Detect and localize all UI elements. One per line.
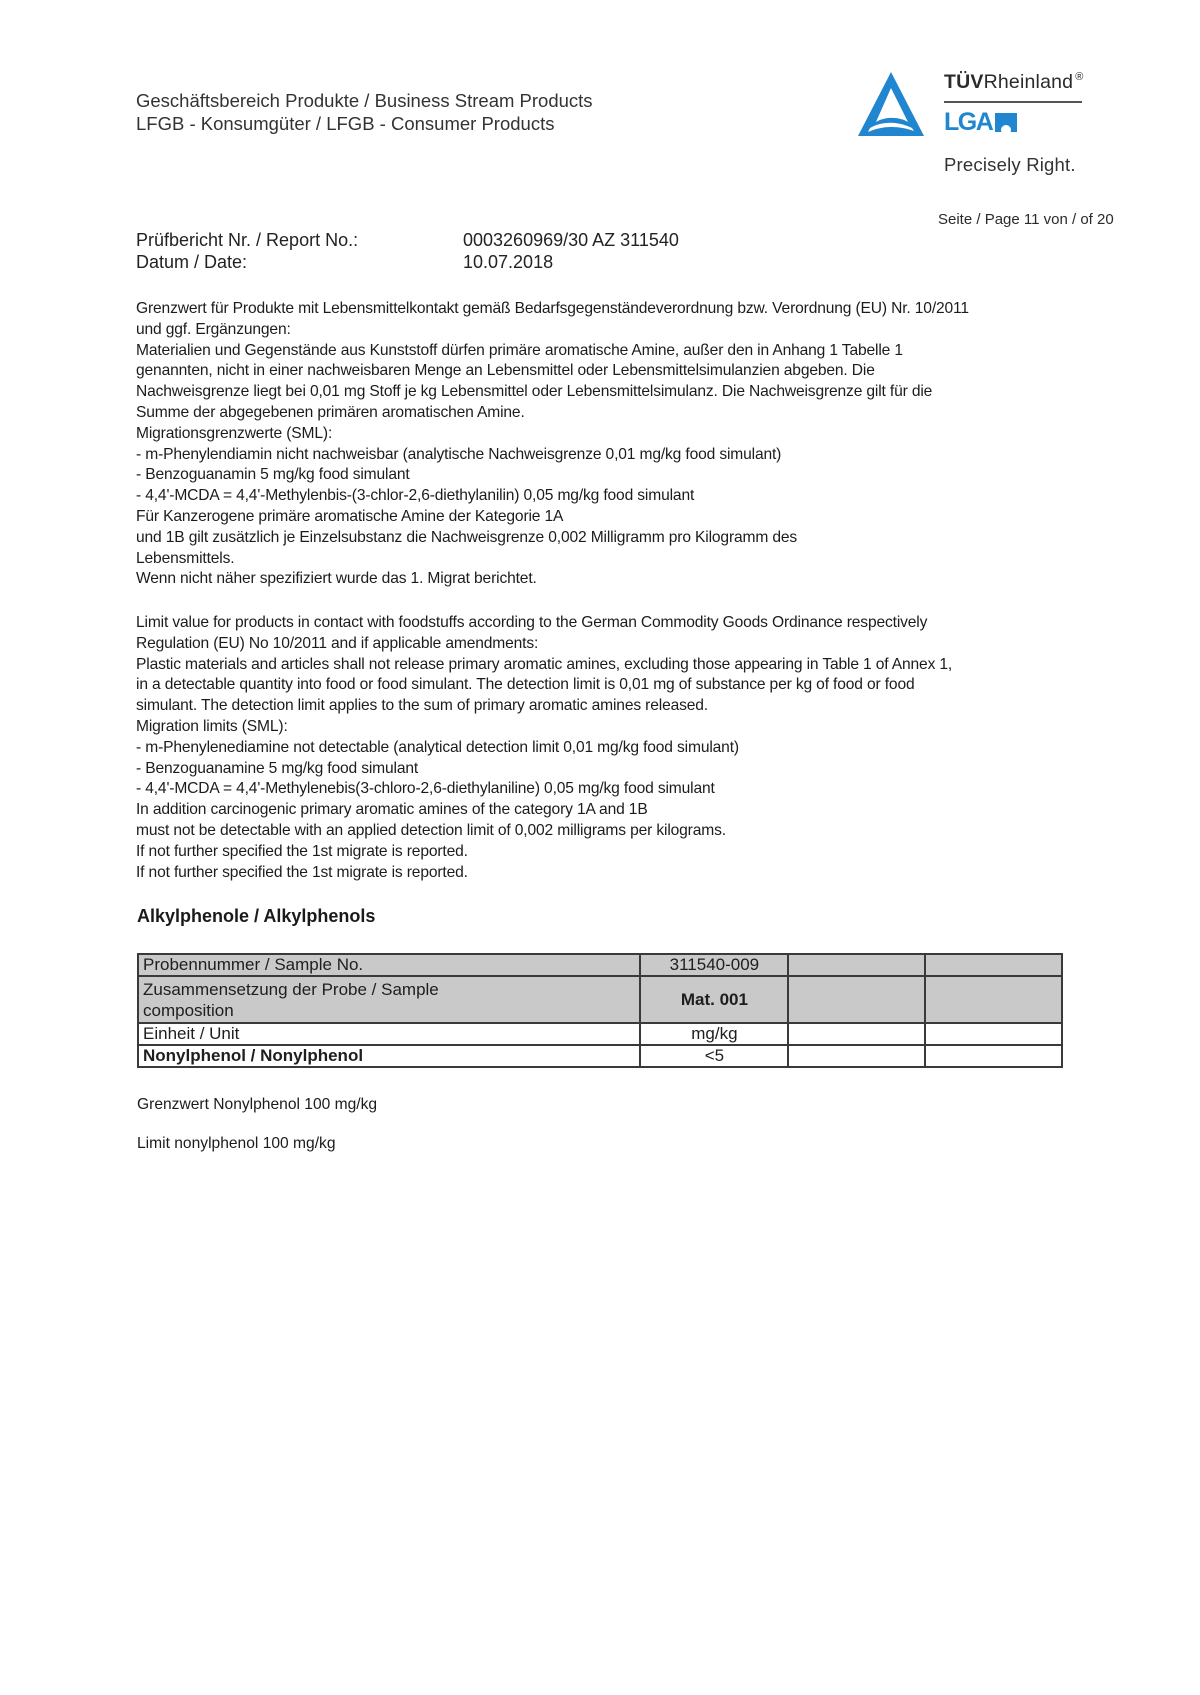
cell-value	[925, 954, 1062, 976]
cell-value: mg/kg	[640, 1023, 788, 1045]
text-line: genannten, nicht in einer nachweisbaren …	[136, 361, 969, 382]
logo-slogan: Precisely Right.	[944, 154, 1076, 176]
text-line: If not further specified the 1st migrate…	[136, 842, 952, 863]
logo-brand-text: TÜVRheinland®	[944, 71, 1084, 94]
logo-divider	[944, 101, 1082, 103]
cell-value	[925, 976, 1062, 1023]
logo-lga-text: LGA	[944, 108, 992, 136]
cell-value	[788, 954, 925, 976]
text-line: Plastic materials and articles shall not…	[136, 655, 952, 676]
row-label: Probennummer / Sample No.	[138, 954, 640, 976]
text-line: Nachweisgrenze liegt bei 0,01 mg Stoff j…	[136, 382, 969, 403]
results-table: Probennummer / Sample No. 311540-009 Zus…	[137, 953, 1063, 1068]
german-limit-text: Grenzwert für Produkte mit Lebensmittelk…	[136, 299, 969, 590]
text-line: simulant. The detection limit applies to…	[136, 696, 952, 717]
text-line: - m-Phenylenediamine not detectable (ana…	[136, 738, 952, 759]
cell-value: 311540-009	[640, 954, 788, 976]
text-line: If not further specified the 1st migrate…	[136, 863, 952, 884]
table-row-sample-no: Probennummer / Sample No. 311540-009	[138, 954, 1062, 976]
text-line: Materialien und Gegenstände aus Kunststo…	[136, 341, 969, 362]
tuv-triangle-logo-icon	[856, 70, 926, 140]
logo-brand-bold: TÜV	[944, 71, 984, 93]
page-indicator: Seite / Page 11 von / of 20	[938, 211, 1114, 228]
text-line: Limit value for products in contact with…	[136, 613, 952, 634]
header-line-1: Geschäftsbereich Produkte / Business Str…	[136, 89, 593, 112]
report-date-label: Datum / Date:	[136, 251, 247, 273]
text-line: - m-Phenylendiamin nicht nachweisbar (an…	[136, 445, 969, 466]
text-line: und ggf. Ergänzungen:	[136, 320, 969, 341]
table-row-nonylphenol: Nonylphenol / Nonylphenol <5	[138, 1045, 1062, 1067]
business-stream-header: Geschäftsbereich Produkte / Business Str…	[136, 89, 593, 135]
report-date-value: 10.07.2018	[463, 251, 553, 273]
header-line-2: LFGB - Konsumgüter / LFGB - Consumer Pro…	[136, 112, 593, 135]
cell-value: <5	[640, 1045, 788, 1067]
text-line: - Benzoguanamin 5 mg/kg food simulant	[136, 465, 969, 486]
text-line: In addition carcinogenic primary aromati…	[136, 800, 952, 821]
table-row-composition: Zusammensetzung der Probe / Sample compo…	[138, 976, 1062, 1023]
cell-value	[788, 1023, 925, 1045]
text-line: - 4,4'-MCDA = 4,4'-Methylenbis-(3-chlor-…	[136, 486, 969, 507]
row-label: Einheit / Unit	[138, 1023, 640, 1045]
registered-mark: ®	[1075, 71, 1083, 83]
table-row-unit: Einheit / Unit mg/kg	[138, 1023, 1062, 1045]
report-number-value: 0003260969/30 AZ 311540	[463, 229, 679, 251]
report-number-label: Prüfbericht Nr. / Report No.:	[136, 229, 358, 251]
text-line: Für Kanzerogene primäre aromatische Amin…	[136, 507, 969, 528]
logo-brand-rest: Rheinland	[984, 71, 1074, 93]
text-line: in a detectable quantity into food or fo…	[136, 675, 952, 696]
text-line: Summe der abgegebenen primären aromatisc…	[136, 403, 969, 424]
row-label: Zusammensetzung der Probe / Sample compo…	[138, 976, 640, 1023]
cell-value: Mat. 001	[640, 976, 788, 1023]
text-line: Migrationsgrenzwerte (SML):	[136, 424, 969, 445]
text-line: Lebensmittels.	[136, 549, 969, 570]
lga-square-icon	[995, 113, 1017, 132]
text-line: - 4,4'-MCDA = 4,4'-Methylenebis(3-chloro…	[136, 779, 952, 800]
limit-note-english: Limit nonylphenol 100 mg/kg	[137, 1135, 336, 1153]
text-line: Grenzwert für Produkte mit Lebensmittelk…	[136, 299, 969, 320]
row-label: Nonylphenol / Nonylphenol	[138, 1045, 640, 1067]
text-line: Migration limits (SML):	[136, 717, 952, 738]
text-line: Regulation (EU) No 10/2011 and if applic…	[136, 634, 952, 655]
english-limit-text: Limit value for products in contact with…	[136, 613, 952, 883]
cell-value	[788, 976, 925, 1023]
section-title: Alkylphenole / Alkylphenols	[137, 906, 375, 927]
cell-value	[788, 1045, 925, 1067]
cell-value	[925, 1045, 1062, 1067]
logo-sub-brand: LGA	[944, 108, 1017, 137]
text-line: must not be detectable with an applied d…	[136, 821, 952, 842]
text-line: und 1B gilt zusätzlich je Einzelsubstanz…	[136, 528, 969, 549]
text-line: - Benzoguanamine 5 mg/kg food simulant	[136, 759, 952, 780]
text-line: Wenn nicht näher spezifiziert wurde das …	[136, 569, 969, 590]
cell-value	[925, 1023, 1062, 1045]
limit-note-german: Grenzwert Nonylphenol 100 mg/kg	[137, 1096, 377, 1114]
